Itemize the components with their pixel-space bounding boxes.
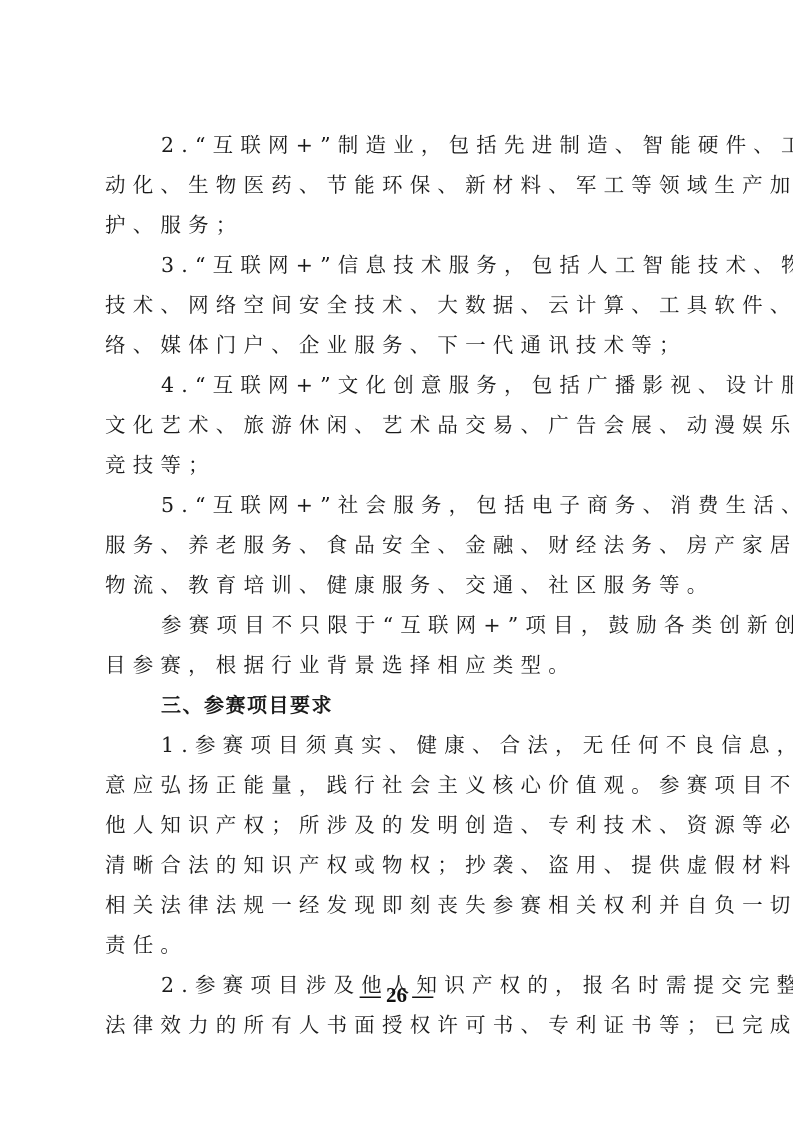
text-line: 参赛项目不只限于“互联网+”项目，鼓励各类创新创业项 — [105, 605, 693, 645]
text-line: 4.“互联网+”文化创意服务，包括广播影视、设计服务、 — [105, 365, 693, 405]
text-line: 动化、生物医药、节能环保、新材料、军工等领域生产加工、维 — [105, 165, 693, 205]
text-line: 相关法律法规一经发现即刻丧失参赛相关权利并自负一切法律 — [105, 885, 693, 925]
paragraph-item-4: 4.“互联网+”文化创意服务，包括广播影视、设计服务、 文化艺术、旅游休闲、艺术… — [105, 365, 693, 485]
section-heading: 三、参赛项目要求 — [105, 685, 693, 725]
text-line: 3.“互联网+”信息技术服务，包括人工智能技术、物联网 — [105, 245, 693, 285]
text-line: 目参赛，根据行业背景选择相应类型。 — [105, 645, 693, 685]
page-number: — 26 — — [0, 983, 793, 1008]
document-body: 2.“互联网+”制造业，包括先进制造、智能硬件、工业自 动化、生物医药、节能环保… — [105, 125, 693, 1045]
text-line: 护、服务； — [105, 205, 693, 245]
text-line: 技术、网络空间安全技术、大数据、云计算、工具软件、社交网 — [105, 285, 693, 325]
text-line: 意应弘扬正能量，践行社会主义核心价值观。参赛项目不得侵犯 — [105, 765, 693, 805]
paragraph-item-5: 5.“互联网+”社会服务，包括电子商务、消费生活、家政 服务、养老服务、食品安全… — [105, 485, 693, 605]
text-line: 物流、教育培训、健康服务、交通、社区服务等。 — [105, 565, 693, 605]
text-line: 5.“互联网+”社会服务，包括电子商务、消费生活、家政 — [105, 485, 693, 525]
paragraph-item-3: 3.“互联网+”信息技术服务，包括人工智能技术、物联网 技术、网络空间安全技术、… — [105, 245, 693, 365]
text-line: 责任。 — [105, 925, 693, 965]
text-line: 他人知识产权；所涉及的发明创造、专利技术、资源等必须拥有 — [105, 805, 693, 845]
text-line: 1.参赛项目须真实、健康、合法，无任何不良信息，项目立 — [105, 725, 693, 765]
document-page: 2.“互联网+”制造业，包括先进制造、智能硬件、工业自 动化、生物医药、节能环保… — [0, 0, 793, 1122]
text-line: 法律效力的所有人书面授权许可书、专利证书等；已完成工商登 — [105, 1005, 693, 1045]
text-line: 络、媒体门户、企业服务、下一代通讯技术等； — [105, 325, 693, 365]
paragraph-requirement-1: 1.参赛项目须真实、健康、合法，无任何不良信息，项目立 意应弘扬正能量，践行社会… — [105, 725, 693, 965]
text-line: 清晰合法的知识产权或物权；抄袭、盗用、提供虚假材料或违反 — [105, 845, 693, 885]
text-line: 竞技等； — [105, 445, 693, 485]
paragraph-item-2: 2.“互联网+”制造业，包括先进制造、智能硬件、工业自 动化、生物医药、节能环保… — [105, 125, 693, 245]
text-line: 文化艺术、旅游休闲、艺术品交易、广告会展、动漫娱乐、体育 — [105, 405, 693, 445]
paragraph-note: 参赛项目不只限于“互联网+”项目，鼓励各类创新创业项 目参赛，根据行业背景选择相… — [105, 605, 693, 685]
text-line: 2.“互联网+”制造业，包括先进制造、智能硬件、工业自 — [105, 125, 693, 165]
text-line: 服务、养老服务、食品安全、金融、财经法务、房产家居、高效 — [105, 525, 693, 565]
